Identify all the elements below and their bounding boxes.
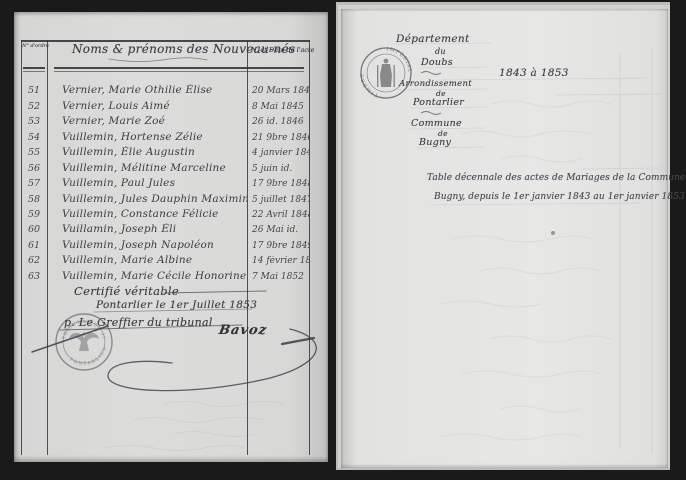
- heading-doubs: Doubs: [421, 57, 453, 68]
- column-header-number: N° d'ordre: [22, 43, 49, 49]
- svg-text:TIMBRE: TIMBRE: [359, 72, 379, 98]
- table-row: 61Vuillemin, Joseph Napoléon17 9bre 1849: [21, 235, 310, 250]
- row-date: 21 9bre 1846: [247, 133, 310, 143]
- header-rule-thin: [54, 71, 304, 72]
- row-date: 22 Avril 1848: [247, 210, 310, 220]
- certification-line: Certifié véritable: [74, 284, 179, 298]
- column-header-date: N. et Date de l'acte: [251, 46, 314, 54]
- row-date: 7 Mai 1852: [247, 272, 310, 282]
- certification-place-date: Pontarlier le 1er Juillet 1853: [96, 299, 257, 311]
- row-date: 14 février 1851: [247, 256, 310, 266]
- signature: Bavoz: [218, 323, 269, 338]
- row-date: 26 id. 1846: [247, 117, 310, 127]
- svg-text:PONTARLIER: PONTARLIER: [68, 345, 108, 367]
- row-name: Vernier, Marie Othilie Élise: [47, 84, 247, 96]
- emperor-figure-icon: [377, 59, 395, 87]
- stamp-text-bottom: PONTARLIER: [68, 345, 108, 367]
- table-row: 53Vernier, Marie Zoé26 id. 1846: [21, 112, 310, 127]
- row-date: 17 9bre 1848: [247, 179, 310, 189]
- ink-mark: [551, 231, 555, 235]
- heading-pontarlier: Pontarlier: [413, 97, 464, 108]
- heading-arrondissement: Arrondissement: [399, 79, 472, 89]
- row-name: Vernier, Louis Aimé: [47, 100, 247, 112]
- row-name: Vuillemin, Marie Cécile Honorine: [47, 270, 247, 282]
- row-name: Vuillemin, Paul Jules: [47, 177, 247, 189]
- row-name: Vuillemin, Marie Albine: [47, 254, 247, 266]
- heading-departement: Département: [396, 33, 470, 45]
- row-number: 61: [21, 240, 47, 251]
- right-page: TIMBRE IMPÉRIAL Département du Doubs Arr…: [341, 9, 668, 468]
- svg-text:IMPÉRIAL: IMPÉRIAL: [386, 46, 412, 73]
- row-name: Vernier, Marie Zoé: [47, 115, 247, 127]
- row-name: Vuillemin, Constance Félicie: [47, 208, 247, 220]
- row-date: 8 Mai 1845: [247, 102, 310, 112]
- left-page: N° d'ordre Noms & prénoms des Nouveau-né…: [14, 12, 328, 462]
- row-date: 20 Mars 1844: [247, 86, 310, 96]
- row-name: Vuillemin, Élie Augustin: [47, 146, 247, 158]
- row-number: 54: [21, 132, 47, 143]
- year-range: 1843 à 1853: [499, 67, 569, 79]
- table-row: 57Vuillemin, Paul Jules17 9bre 1848: [21, 174, 310, 189]
- scanned-register-spread: N° d'ordre Noms & prénoms des Nouveau-né…: [0, 0, 686, 480]
- row-date: 4 janvier 1847: [247, 148, 310, 158]
- row-number: 59: [21, 209, 47, 220]
- row-date: 17 9bre 1849: [247, 241, 310, 251]
- eagle-icon: [69, 333, 99, 351]
- record-table: 51Vernier, Marie Othilie Élise20 Mars 18…: [21, 81, 310, 282]
- table-row: 60Vuillamin, Joseph Éli26 Mai id.: [21, 220, 310, 235]
- heading-du: du: [435, 47, 446, 56]
- row-name: Vuillemin, Jules Dauphin Maximin: [47, 193, 247, 205]
- row-number: 51: [21, 85, 47, 96]
- title-paragraph-line1: Table décennale des actes de Mariages de…: [427, 173, 686, 183]
- row-number: 53: [21, 116, 47, 127]
- table-row: 56Vuillemin, Mélitine Marceline5 juin id…: [21, 158, 310, 173]
- row-name: Vuillemin, Joseph Napoléon: [47, 239, 247, 251]
- table-row: 55Vuillemin, Élie Augustin4 janvier 1847: [21, 143, 310, 158]
- header-rule-num-thick: [23, 67, 45, 69]
- title-paragraph-line2: Bugny, depuis le 1er janvier 1843 au 1er…: [434, 192, 686, 202]
- certification-greffier-line: p. Le Greffier du tribunal: [64, 316, 213, 329]
- row-number: 60: [21, 224, 47, 235]
- table-row: 51Vernier, Marie Othilie Élise20 Mars 18…: [21, 81, 310, 96]
- table-row: 54Vuillemin, Hortense Zélie21 9bre 1846: [21, 127, 310, 142]
- heading-commune: Commune: [411, 118, 462, 129]
- row-name: Vuillemin, Mélitine Marceline: [47, 162, 247, 174]
- row-number: 57: [21, 178, 47, 189]
- header-rule-thick: [54, 67, 304, 69]
- row-date: 26 Mai id.: [247, 225, 310, 235]
- row-date: 5 juin id.: [247, 164, 310, 174]
- table-row: 63Vuillemin, Marie Cécile Honorine7 Mai …: [21, 266, 310, 281]
- row-name: Vuillemin, Hortense Zélie: [47, 131, 247, 143]
- row-number: 62: [21, 255, 47, 266]
- row-number: 58: [21, 194, 47, 205]
- table-row: 52Vernier, Louis Aimé8 Mai 1845: [21, 96, 310, 111]
- row-date: 5 juillet 1847: [247, 195, 310, 205]
- heading-bugny: Bugny: [419, 137, 451, 148]
- row-name: Vuillamin, Joseph Éli: [47, 223, 247, 235]
- stamp-text-left: TIMBRE: [359, 72, 379, 98]
- timbre-imperial-stamp-icon: TIMBRE IMPÉRIAL: [358, 45, 414, 101]
- header-rule-num-thin: [23, 71, 45, 72]
- stamp-text-right: IMPÉRIAL: [386, 46, 412, 73]
- row-number: 56: [21, 163, 47, 174]
- row-number: 55: [21, 147, 47, 158]
- row-number: 63: [21, 271, 47, 282]
- table-row: 62Vuillemin, Marie Albine14 février 1851: [21, 251, 310, 266]
- table-row: 58Vuillemin, Jules Dauphin Maximin5 juil…: [21, 189, 310, 204]
- row-number: 52: [21, 101, 47, 112]
- table-row: 59Vuillemin, Constance Félicie22 Avril 1…: [21, 205, 310, 220]
